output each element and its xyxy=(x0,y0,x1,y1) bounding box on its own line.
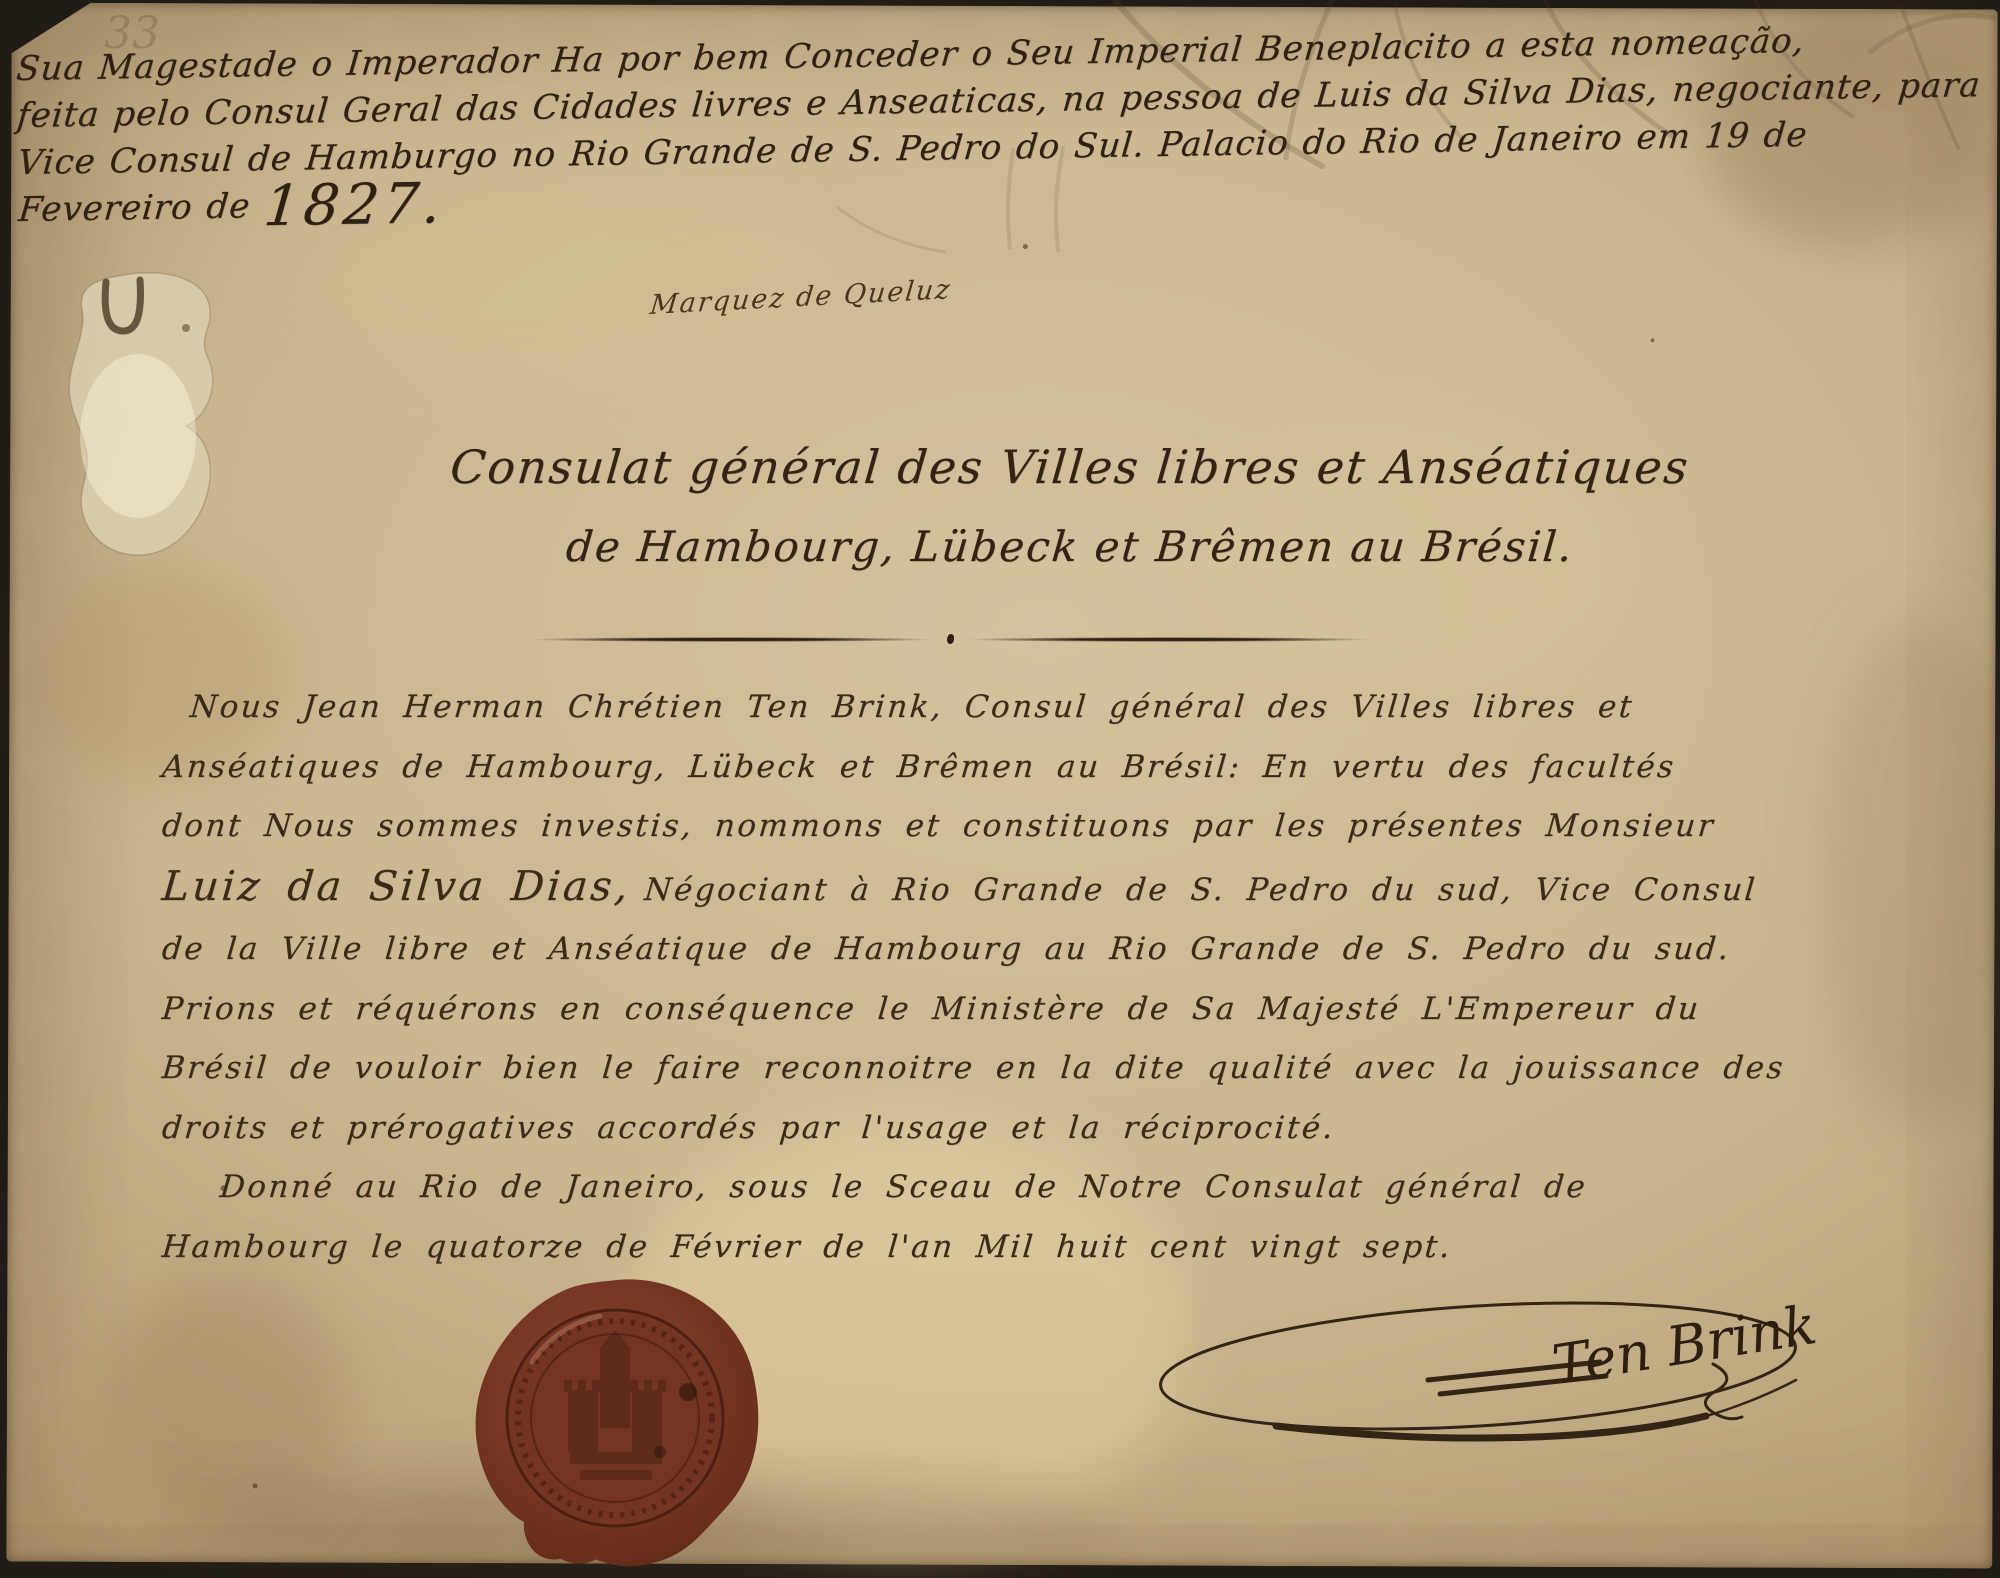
consul-signature: Ten Brink xyxy=(1128,1274,1818,1469)
fox-spot xyxy=(1023,244,1028,249)
body-line: Nous Jean Herman Chrétien Ten Brink, Con… xyxy=(159,678,1787,738)
body-line: Luiz da Silva Dias,Négociant à Rio Grand… xyxy=(159,857,1788,921)
fox-spot xyxy=(253,1483,258,1488)
body-line: Brésil de vouloir bien le faire reconnoi… xyxy=(159,1039,1787,1099)
rule-segment xyxy=(967,637,1371,642)
consulate-heading: Consulat général des Villes libres et An… xyxy=(230,440,1910,571)
body-line: Prions et réquérons en conséquence le Mi… xyxy=(159,980,1787,1040)
rule-dot xyxy=(947,634,954,644)
body-line: dont Nous sommes investis, nommons et co… xyxy=(159,797,1787,857)
wax-seal xyxy=(452,1272,782,1572)
year-figure: 1827. xyxy=(261,171,447,239)
body-line: Hambourg le quatorze de Février de l'an … xyxy=(159,1218,1787,1278)
paper-stain xyxy=(1818,609,2000,1130)
heading-line-1: Consulat général des Villes libres et An… xyxy=(228,440,1913,494)
fox-spot xyxy=(1651,338,1655,342)
body-line: Anséatiques de Hambourg, Lübeck et Brême… xyxy=(159,738,1787,798)
body-line: droits et prérogatives accordés par l'us… xyxy=(159,1099,1787,1159)
imperial-approval-note: Sua Magestade o Imperador Ha por bem Con… xyxy=(16,15,1995,234)
document-photo: 33 Sua Magestade o Imperador Ha por bem … xyxy=(0,0,2000,1578)
body-line: de la Ville libre et Anséatique de Hambo… xyxy=(159,920,1787,980)
appointee-name: Luiz da Silva Dias, xyxy=(160,862,633,910)
body-line: Donné au Rio de Janeiro, sous le Sceau d… xyxy=(159,1158,1787,1218)
heading-rule xyxy=(530,634,1370,644)
heading-line-2: de Hambourg, Lübeck et Brêmen au Brésil. xyxy=(228,522,1912,571)
rule-segment xyxy=(530,637,934,642)
body-paragraph: Nous Jean Herman Chrétien Ten Brink, Con… xyxy=(162,678,1785,1277)
